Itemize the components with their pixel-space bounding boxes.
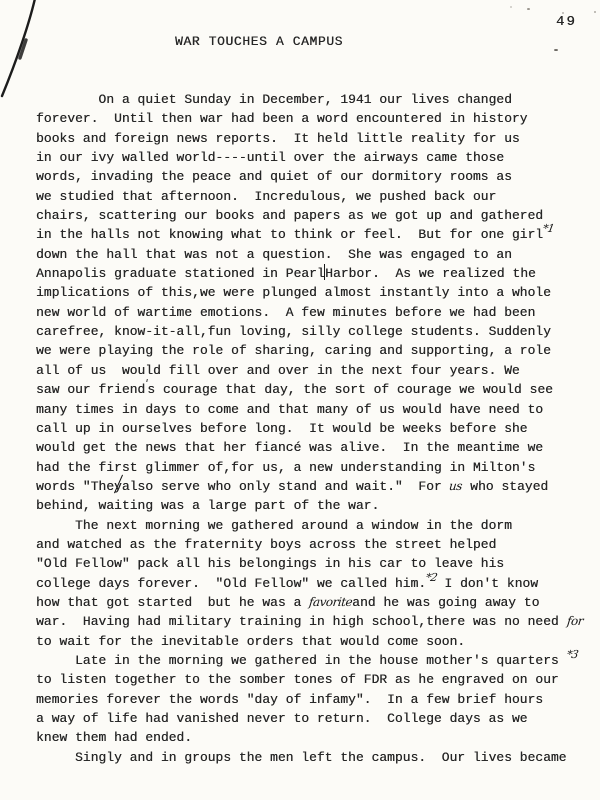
text-line: in the halls not knowing what to think o… [36,225,596,244]
scan-speck [510,6,512,8]
typed-text: Singly and in groups the men left the ca… [36,750,567,765]
typed-text: call up in ourselves before long. It wou… [36,421,527,436]
text-line: we studied that afternoon. Incredulous, … [36,187,596,206]
handwritten-superscript-mark: *1 [541,219,555,238]
typed-text: would get the news that her fiancé was a… [36,440,543,455]
text-line: would get the news that her fiancé was a… [36,438,596,457]
text-line: saw our friend's courage that day, the s… [36,380,596,399]
typed-text: chairs, scattering our books and papers … [36,208,543,223]
text-line: many times in days to come and that many… [36,400,596,419]
handwritten-word: for [565,612,583,631]
typed-text: saw our friend [36,382,145,397]
typed-text: Late in the morning we gathered in the h… [36,653,567,668]
text-line: implications of this,we were plunged alm… [36,283,596,302]
text-line: "Old Fellow" pack all his belongings in … [36,554,596,573]
text-line: books and foreign news reports. It held … [36,129,596,148]
typed-text: The next morning we gathered around a wi… [36,518,512,533]
typed-text: carefree, know-it-all,fun loving, silly … [36,324,551,339]
typed-text: to wait for the inevitable orders that w… [36,634,465,649]
text-line: chairs, scattering our books and papers … [36,206,596,225]
scanned-typewritten-page: 49 WAR TOUCHES A CAMPUS On a quiet Sunda… [0,0,600,800]
handwritten-word: favorite [308,593,353,612]
typed-text: a way of life had vanished never to retu… [36,711,527,726]
typed-text: Annapolis graduate stationed in Pearl [36,266,325,281]
text-line: down the hall that was not a question. S… [36,245,596,264]
text-line: war. Having had military training in hig… [36,612,596,631]
typed-text: behind, waiting was a large part of the … [36,498,379,513]
text-line: to listen together to the somber tones o… [36,670,596,689]
typed-text: and he was going away to [352,595,539,610]
typed-text: we were playing the role of sharing, car… [36,343,551,358]
text-line: words, invading the peace and quiet of o… [36,167,596,186]
text-line: in our ivy walled world----until over th… [36,148,596,167]
text-line: Late in the morning we gathered in the h… [36,651,596,670]
typed-text: implications of this,we were plunged alm… [36,285,551,300]
handwritten-word: us [448,477,463,496]
typed-text: words, invading the peace and quiet of o… [36,169,512,184]
typed-text: memories forever the words "day of infam… [36,692,543,707]
text-line: words "Theyalso serve who only stand and… [36,477,596,496]
typed-text: knew them had ended. [36,730,192,745]
text-line: all of us would fill over and over in th… [36,361,596,380]
text-line: Singly and in groups the men left the ca… [36,748,596,767]
typed-text: all of us would fill over and over in th… [36,363,520,378]
text-line: Annapolis graduate stationed in PearlHar… [36,264,596,283]
typed-text: words "The [36,479,114,494]
text-line: had the first glimmer of,for us, a new u… [36,458,596,477]
typed-text: in our ivy walled world----until over th… [36,150,504,165]
scan-speck [527,8,530,10]
text-line: to wait for the inevitable orders that w… [36,632,596,651]
typed-text: On a quiet Sunday in December, 1941 our … [36,92,512,107]
hand-slash-correction: y [114,477,122,496]
page-title: WAR TOUCHES A CAMPUS [175,34,343,49]
typed-text: college days forever. "Old Fellow" we ca… [36,576,426,591]
typed-text: I don't know [437,576,538,591]
typed-text: and watched as the fraternity boys acros… [36,537,496,552]
typed-text: new world of wartime emotions. A few min… [36,305,535,320]
typed-text: s courage that day, the sort of courage … [147,382,553,397]
page-number: 49 [556,14,577,30]
text-line: call up in ourselves before long. It wou… [36,419,596,438]
text-line: The next morning we gathered around a wi… [36,516,596,535]
typed-text: many times in days to come and that many… [36,402,543,417]
body-text: On a quiet Sunday in December, 1941 our … [36,90,596,767]
text-line: college days forever. "Old Fellow" we ca… [36,574,596,593]
typed-text: books and foreign news reports. It held … [36,131,520,146]
text-line: forever. Until then war had been a word … [36,109,596,128]
text-line: a way of life had vanished never to retu… [36,709,596,728]
scan-speck [594,11,596,13]
typed-text: also serve who only stand and wait." For [122,479,450,494]
text-line: memories forever the words "day of infam… [36,690,596,709]
typed-text: had the first glimmer of,for us, a new u… [36,460,535,475]
text-line: new world of wartime emotions. A few min… [36,303,596,322]
text-line: carefree, know-it-all,fun loving, silly … [36,322,596,341]
text-line: On a quiet Sunday in December, 1941 our … [36,90,596,109]
typed-text: to listen together to the somber tones o… [36,672,559,687]
typed-text: down the hall that was not a question. S… [36,247,512,262]
typed-text: how that got started but he was a [36,595,309,610]
typed-text: we studied that afternoon. Incredulous, … [36,189,496,204]
typed-text: who stayed [462,479,548,494]
scan-speck [554,49,558,51]
typed-text: Harbor. As we realized the [325,266,536,281]
text-line: and watched as the fraternity boys acros… [36,535,596,554]
text-line: behind, waiting was a large part of the … [36,496,596,515]
text-line: how that got started but he was a favori… [36,593,596,612]
text-line: knew them had ended. [36,728,596,747]
text-line: we were playing the role of sharing, car… [36,341,596,360]
typed-text: forever. Until then war had been a word … [36,111,527,126]
typed-text: in the halls not knowing what to think o… [36,227,543,242]
typed-text: war. Having had military training in hig… [36,614,567,629]
